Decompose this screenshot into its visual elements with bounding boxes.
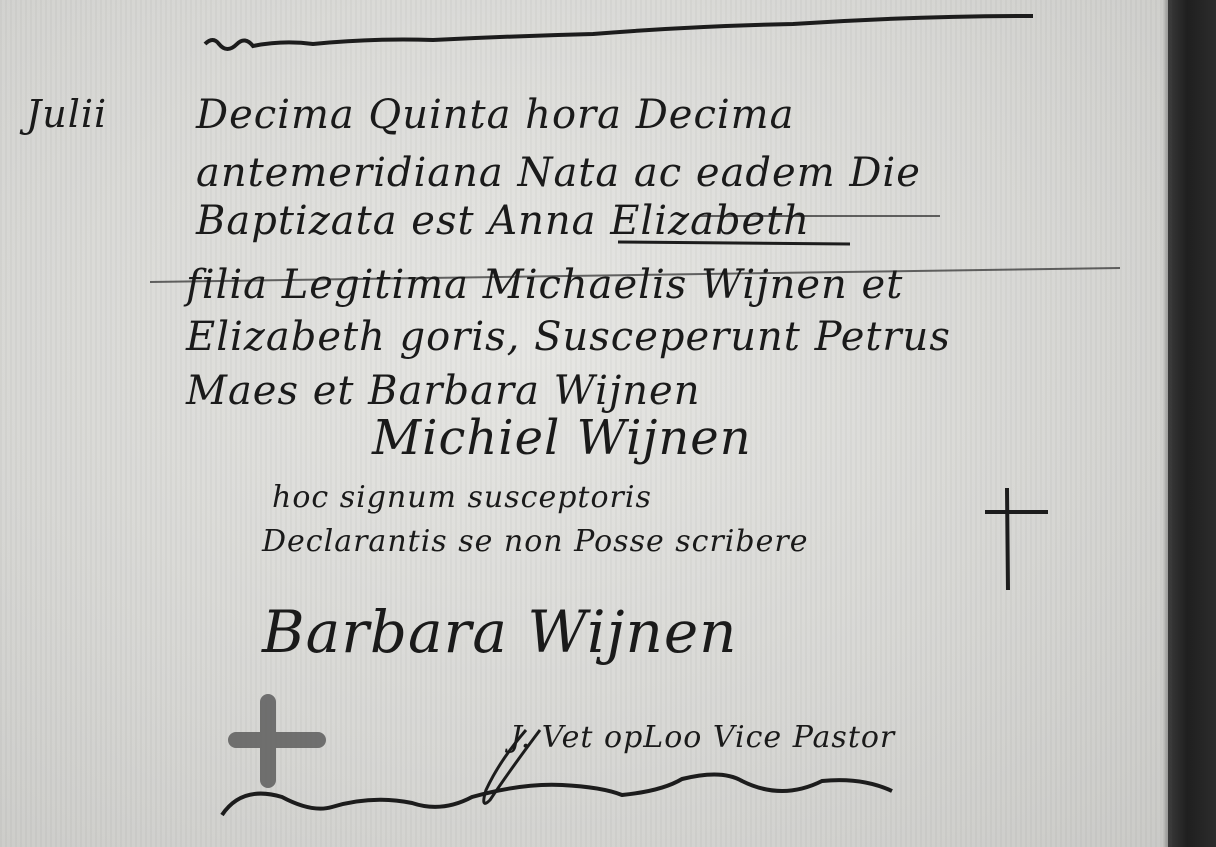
entry-line-3: Baptizata est Anna Elizabeth <box>196 198 810 244</box>
page-binding-edge <box>1168 0 1216 847</box>
entry-line-6: Maes et Barbara Wijnen <box>186 368 700 414</box>
father-signature: Michiel Wijnen <box>372 410 752 466</box>
entry-line-4: filia Legitima Michaelis Wijnen et <box>186 262 903 308</box>
margin-month-note: Julii <box>26 92 107 136</box>
declaration-line-2: Declarantis se non Posse scribere <box>262 524 808 559</box>
declaration-line-1: hoc signum susceptoris <box>272 480 652 515</box>
entry-line-2: antemeridiana Nata ac eadem Die <box>196 150 921 196</box>
priest-signature: J. Vet opLoo Vice Pastor <box>510 720 895 755</box>
godmother-signature: Barbara Wijnen <box>262 598 738 666</box>
entry-line-5: Elizabeth goris, Susceperunt Petrus <box>186 314 951 360</box>
entry-line-1: Decima Quinta hora Decima <box>196 92 794 138</box>
